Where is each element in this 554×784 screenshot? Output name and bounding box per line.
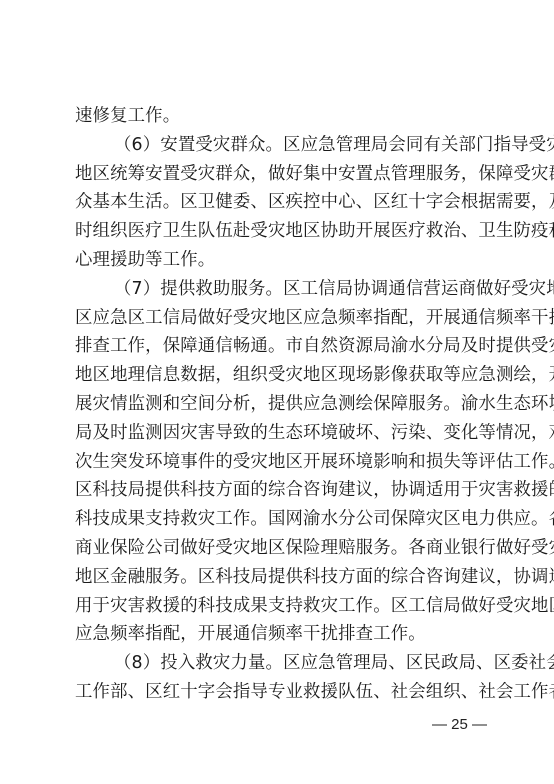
text-line: 时组织医疗卫生队伍赴受灾地区协助开展医疗救治、卫生防疫和 bbox=[75, 217, 485, 246]
text-line: 心理援助等工作。 bbox=[75, 246, 485, 275]
text-line: （6）安置受灾群众。区应急管理局会同有关部门指导受灾 bbox=[75, 131, 485, 160]
text-line: 用于灾害救援的科技成果支持救灾工作。区工信局做好受灾地区 bbox=[75, 592, 485, 621]
text-line: 局及时监测因灾害导致的生态环境破坏、污染、变化等情况，对 bbox=[75, 419, 485, 448]
text-line: （7）提供救助服务。区工信局协调通信营运商做好受灾地 bbox=[75, 275, 485, 304]
text-line: 速修复工作。 bbox=[75, 102, 485, 131]
text-line: 工作部、区红十字会指导专业救援队伍、社会组织、社会工作者、 bbox=[75, 678, 485, 707]
text-line: 地区统筹安置受灾群众，做好集中安置点管理服务，保障受灾群 bbox=[75, 160, 485, 189]
text-line: （8）投入救灾力量。区应急管理局、区民政局、区委社会 bbox=[75, 649, 485, 678]
text-line: 区应急区工信局做好受灾地区应急频率指配，开展通信频率干扰 bbox=[75, 304, 485, 333]
body-text: 速修复工作。（6）安置受灾群众。区应急管理局会同有关部门指导受灾地区统筹安置受灾… bbox=[75, 102, 485, 707]
text-line: 区科技局提供科技方面的综合咨询建议，协调适用于灾害救援的 bbox=[75, 476, 485, 505]
page-number: — 25 — bbox=[432, 716, 487, 733]
text-line: 排查工作，保障通信畅通。市自然资源局渝水分局及时提供受灾 bbox=[75, 332, 485, 361]
text-line: 众基本生活。区卫健委、区疾控中心、区红十字会根据需要，及 bbox=[75, 188, 485, 217]
text-line: 地区地理信息数据，组织受灾地区现场影像获取等应急测绘，开 bbox=[75, 361, 485, 390]
text-line: 应急频率指配，开展通信频率干扰排查工作。 bbox=[75, 620, 485, 649]
text-line: 科技成果支持救灾工作。国网渝水分公司保障灾区电力供应。各 bbox=[75, 505, 485, 534]
text-line: 地区金融服务。区科技局提供科技方面的综合咨询建议，协调适 bbox=[75, 563, 485, 592]
text-line: 次生突发环境事件的受灾地区开展环境影响和损失等评估工作。 bbox=[75, 448, 485, 477]
document-page: 速修复工作。（6）安置受灾群众。区应急管理局会同有关部门指导受灾地区统筹安置受灾… bbox=[0, 0, 554, 784]
text-line: 商业保险公司做好受灾地区保险理赔服务。各商业银行做好受灾 bbox=[75, 534, 485, 563]
text-line: 展灾情监测和空间分析，提供应急测绘保障服务。渝水生态环境 bbox=[75, 390, 485, 419]
